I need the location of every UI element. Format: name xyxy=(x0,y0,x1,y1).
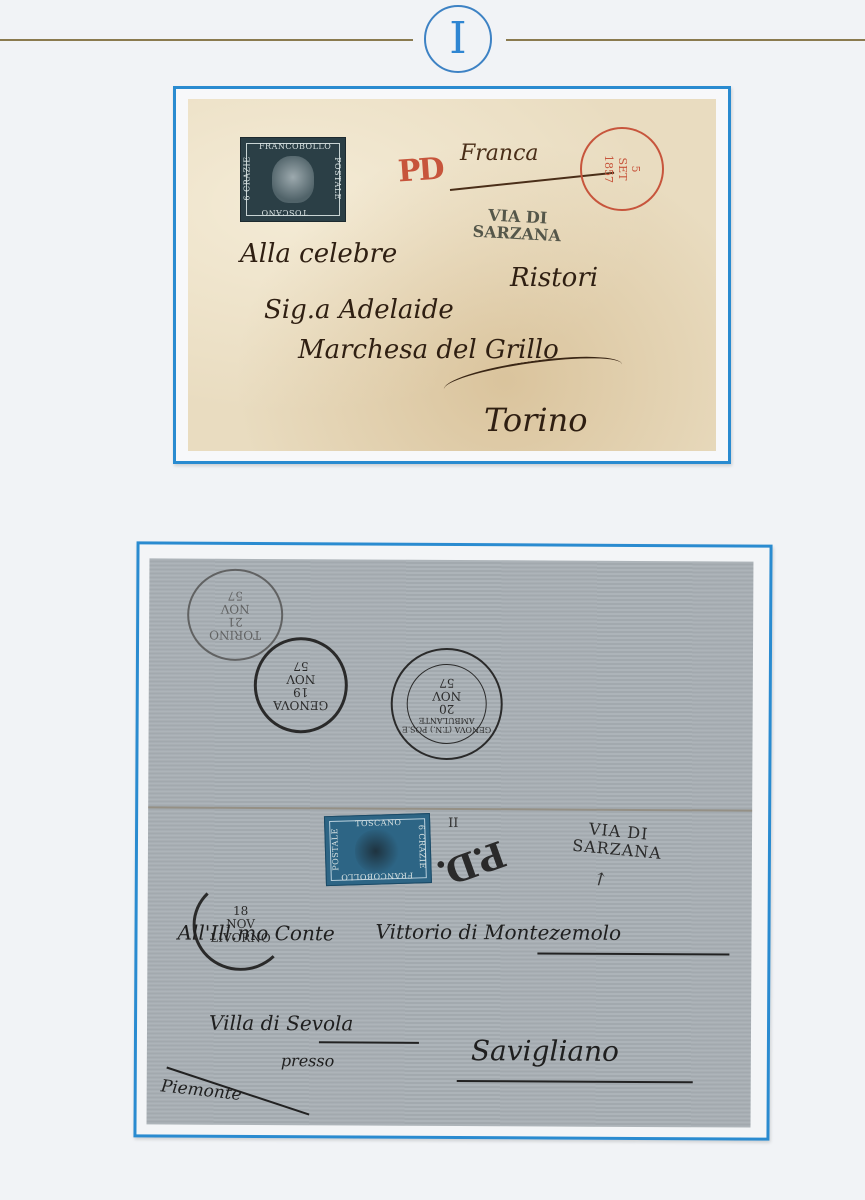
address-line-1b: Vittorio di Montezemolo xyxy=(375,920,621,945)
cds-year: 57 xyxy=(293,659,308,672)
cover-bottom-mount: TORINO 21 NOV 57 GENOVA 19 NOV 57 GENOVA… xyxy=(133,541,772,1140)
cds-day: 19 xyxy=(293,685,308,698)
cds-town: TORINO xyxy=(209,628,261,641)
cds-day: 21 xyxy=(227,615,242,628)
arrow-pencil-mark: ↗ xyxy=(589,866,613,892)
cds-town: GENOVA xyxy=(273,698,328,711)
roman-numeral-mark: II xyxy=(448,816,458,831)
stamp-left-text: 6 CRAZIE xyxy=(243,156,252,200)
cds-month: SET xyxy=(615,158,628,181)
address-region: Piemonte xyxy=(160,1076,243,1105)
chapter-badge: I xyxy=(424,5,492,73)
cover-top[interactable]: FRANCOBOLLO TOSCANO POSTALE 6 CRAZIE PD … xyxy=(188,99,716,451)
marzocco-lion-icon xyxy=(272,156,314,202)
address-line-3: presso xyxy=(281,1051,335,1070)
header-rule-right xyxy=(506,39,865,41)
address-line-2: Sig.a Adelaide xyxy=(264,295,454,325)
pd-handstamp-black: P.D. xyxy=(433,832,511,895)
franca-manuscript: Franca xyxy=(460,141,539,166)
pd-handstamp-red: PD xyxy=(397,151,444,189)
cds-month: NOV xyxy=(221,602,250,615)
cds-year: 1857 xyxy=(602,155,615,183)
cds-month: NOV xyxy=(286,672,315,685)
cds-year: 57 xyxy=(228,588,243,601)
underline xyxy=(457,1080,693,1083)
red-datestamp: 5 SET 1857 xyxy=(580,127,664,211)
address-city: Torino xyxy=(484,401,588,439)
address-line-1: Alla celebre xyxy=(240,239,397,269)
stamp-right-text: 6 CRAZIE xyxy=(417,825,427,869)
stamp-tuscany-6-crazie-blue: TOSCANO FRANCOBOLLO POSTALE 6 CRAZIE xyxy=(324,813,432,886)
stamp-top-text: FRANCOBOLLO xyxy=(259,142,331,151)
cover-top-mount: FRANCOBOLLO TOSCANO POSTALE 6 CRAZIE PD … xyxy=(173,86,731,464)
via-di-sarzana-handstamp: VIA DI SARZANA xyxy=(572,819,665,862)
stamp-tuscany-6-crazie: FRANCOBOLLO TOSCANO POSTALE 6 CRAZIE xyxy=(240,137,346,222)
cds-inner-ring xyxy=(407,664,487,744)
address-line-3: Marchesa del Grillo xyxy=(298,335,559,365)
datestamp-ambulante: GENOVA (T.N.) POS.E AMBULANTE 20 NOV 57 xyxy=(390,648,503,761)
cover-bottom[interactable]: TORINO 21 NOV 57 GENOVA 19 NOV 57 GENOVA… xyxy=(147,558,754,1127)
chapter-numeral: I xyxy=(449,17,466,61)
address-city: Savigliano xyxy=(471,1034,619,1068)
stamp-top-text: TOSCANO xyxy=(355,818,402,828)
via-line-2: SARZANA xyxy=(472,223,561,244)
header-rule-left xyxy=(0,39,413,41)
address-line-1a: All'Ill.mo Conte xyxy=(177,921,334,946)
underline xyxy=(537,952,729,955)
address-line-2: Villa di Sevola xyxy=(209,1011,353,1036)
datestamp-genova: GENOVA 19 NOV 57 xyxy=(254,637,349,733)
stamp-bottom-text: FRANCOBOLLO xyxy=(341,871,414,882)
underline xyxy=(319,1041,419,1043)
via-di-sarzana-handstamp: VIA DI SARZANA xyxy=(472,207,562,245)
fold-crease xyxy=(148,806,752,811)
stamp-bottom-text: TOSCANO xyxy=(261,208,307,217)
cds-day: 5 xyxy=(629,166,642,173)
marzocco-lion-icon xyxy=(354,829,401,874)
stamp-left-text: POSTALE xyxy=(330,828,340,871)
stamp-right-text: POSTALE xyxy=(333,157,342,200)
address-surname: Ristori xyxy=(510,263,598,293)
datestamp-torino: TORINO 21 NOV 57 xyxy=(187,569,283,662)
